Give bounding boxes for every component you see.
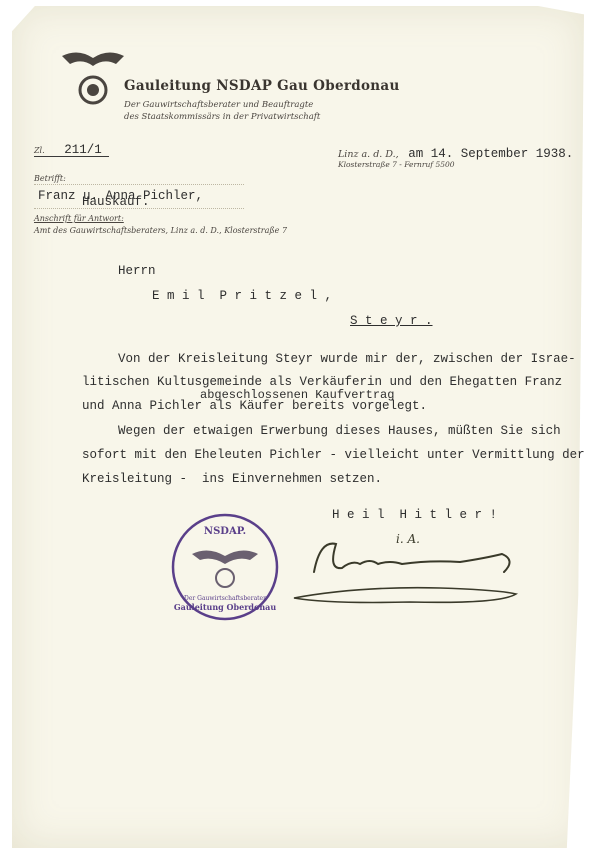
reply-address-label: Anschrift für Antwort: bbox=[34, 214, 124, 223]
body-p1-line3: und Anna Pichler als Käufer bereits vorg… bbox=[82, 399, 427, 413]
body-p1-line1: Von der Kreisleitung Steyr wurde mir der… bbox=[118, 352, 576, 366]
letterhead-emblem-icon bbox=[58, 44, 128, 106]
handwritten-signature-icon bbox=[290, 520, 530, 620]
body-p2-line2: sofort mit den Eheleuten Pichler - viell… bbox=[82, 448, 585, 462]
subject-line-2: Hauskauf. bbox=[34, 192, 244, 209]
address-phone: Klosterstraße 7 - Fernruf 5500 bbox=[338, 160, 455, 169]
official-stamp: NSDAP. Der Gauwirtschaftsberater Gauleit… bbox=[170, 512, 280, 622]
reply-address-text: Amt des Gauwirtschaftsberaters, Linz a. … bbox=[34, 226, 287, 235]
reference-number: 211/1 bbox=[64, 143, 102, 157]
stamp-top-text: NSDAP. bbox=[204, 526, 246, 537]
reference-label: Zl. bbox=[34, 146, 45, 155]
date-text: am 14. September 1938. bbox=[408, 147, 573, 161]
letterhead-subtitle-1: Der Gauwirtschaftsberater und Beauftragt… bbox=[124, 100, 313, 110]
body-p1-line2: litischen Kultusgemeinde als Verkäuferin… bbox=[82, 375, 562, 389]
letterhead-subtitle-2: des Staatskommissärs in der Privatwirtsc… bbox=[124, 112, 320, 122]
reference-field: Zl. 211/1 bbox=[34, 140, 109, 157]
recipient-salutation: Herrn bbox=[118, 264, 156, 278]
place-text: Linz a. d. D., bbox=[338, 149, 399, 160]
body-p2-line3: Kreisleitung - ins Einvernehmen setzen. bbox=[82, 472, 382, 486]
letterhead-title: Gauleitung NSDAP Gau Oberdonau bbox=[124, 78, 400, 94]
subject-text-2: Hauskauf. bbox=[82, 195, 150, 209]
body-p2-line1: Wegen der etwaigen Erwerbung dieses Haus… bbox=[118, 424, 561, 438]
stamp-ring-text-2: Gauleitung Oberdonau bbox=[174, 602, 277, 612]
subject-label: Betrifft: bbox=[34, 174, 66, 183]
stamp-ring-text-1: Der Gauwirtschaftsberater bbox=[184, 595, 266, 602]
subject-line-1: Betrifft: Franz u. Anna Pichler, bbox=[34, 168, 244, 185]
recipient-city: S t e y r . bbox=[350, 314, 433, 328]
recipient-name: E m i l P r i t z e l , bbox=[152, 289, 332, 303]
